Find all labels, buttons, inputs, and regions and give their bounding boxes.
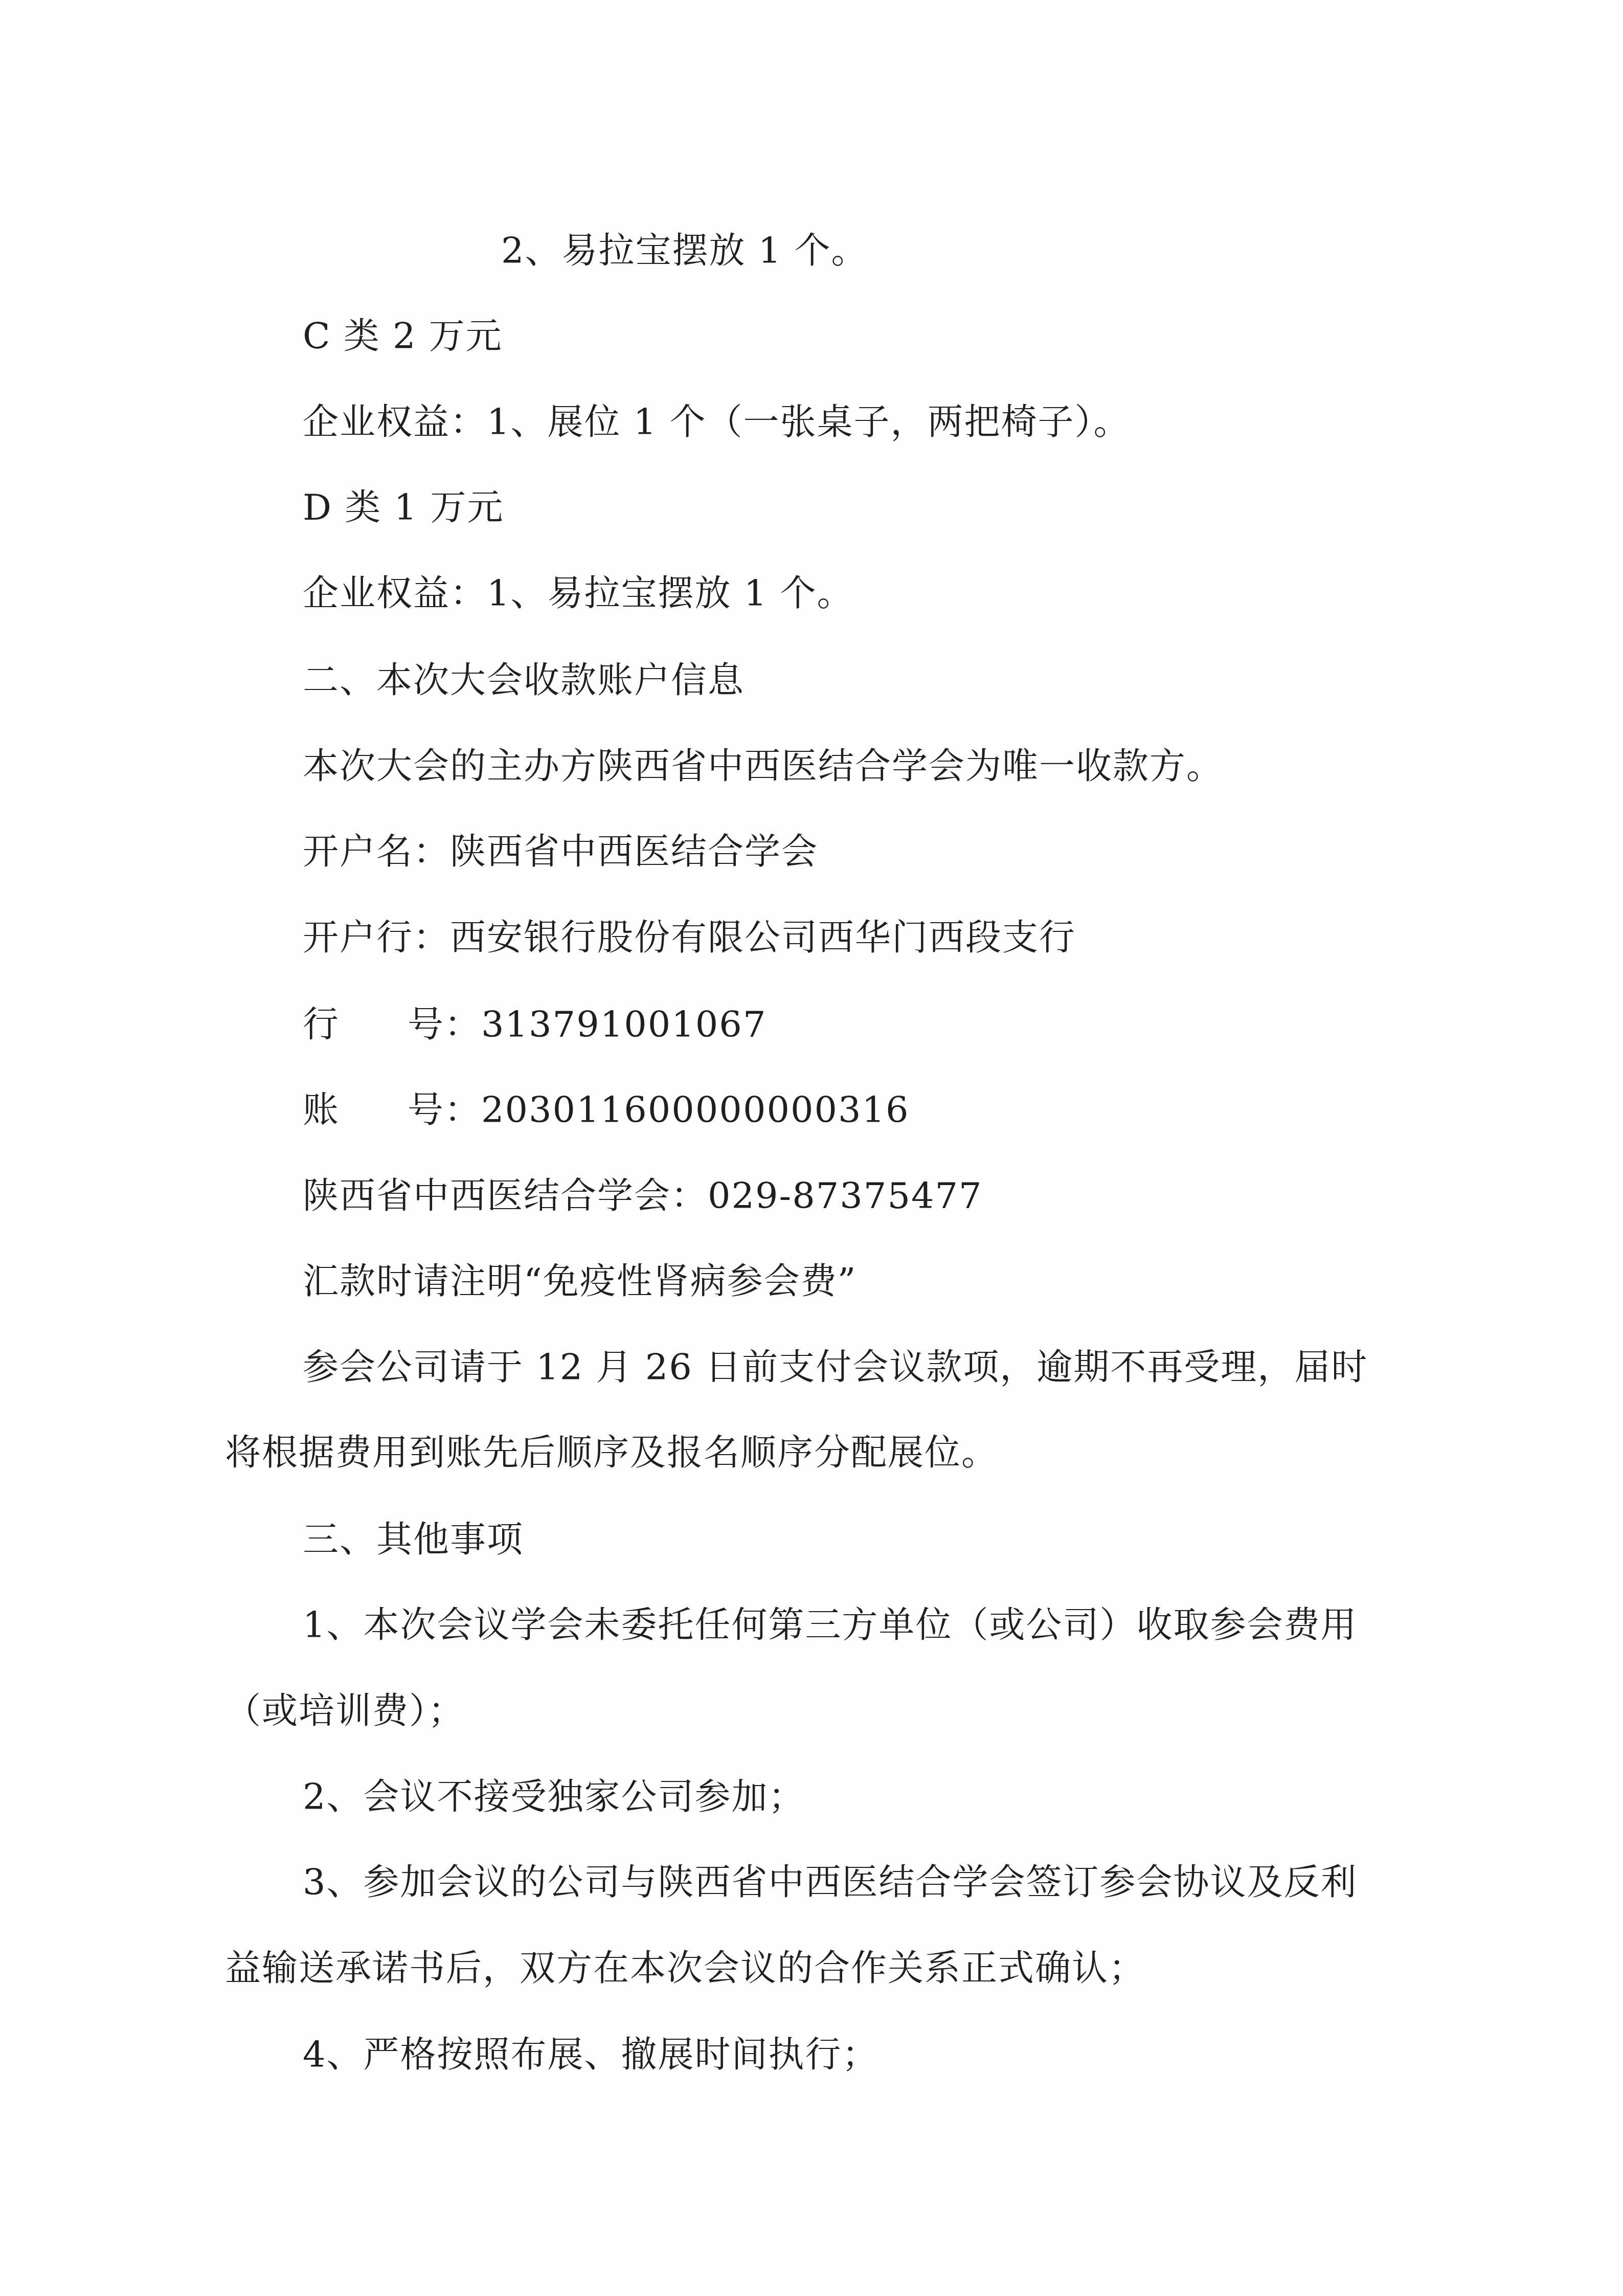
- account-name: 开户名：陕西省中西医结合学会: [303, 829, 818, 875]
- bank-code-label: 行: [303, 1001, 408, 1047]
- sole-payee-text: 本次大会的主办方陕西省中西医结合学会为唯一收款方。: [303, 743, 1223, 789]
- section-2-heading: 二、本次大会收款账户信息: [303, 657, 745, 703]
- account-number-label-suffix: 号：: [408, 1089, 481, 1131]
- other-item-3-line-2: 益输送承诺书后，双方在本次会议的合作关系正式确认；: [225, 1945, 1145, 1991]
- bank-name: 开户行：西安银行股份有限公司西华门西段支行: [303, 915, 1076, 961]
- section-3-heading: 三、其他事项: [303, 1517, 524, 1563]
- d-tier-heading: D 类 1 万元: [303, 484, 504, 530]
- other-item-1-line-2: （或培训费）；: [225, 1688, 465, 1734]
- other-item-2: 2、会议不接受独家公司参加；: [303, 1774, 805, 1820]
- other-item-1-line-1: 1、本次会议学会未委托任何第三方单位（或公司）收取参会费用: [303, 1602, 1358, 1648]
- remittance-note: 汇款时请注明“免疫性肾病参会费”: [303, 1258, 857, 1304]
- bank-code-label-suffix: 号：: [408, 1004, 481, 1045]
- bank-code: 行号：313791001067: [303, 1001, 767, 1047]
- account-number-value: 203011600000000316: [481, 1089, 910, 1131]
- b-benefit-2: 2、易拉宝摆放 1 个。: [501, 228, 868, 274]
- account-number: 账号：203011600000000316: [303, 1087, 910, 1133]
- c-tier-benefit: 企业权益：1、展位 1 个（一张桌子，两把椅子）。: [303, 399, 1131, 445]
- d-tier-benefit: 企业权益：1、易拉宝摆放 1 个。: [303, 570, 854, 616]
- c-tier-heading: C 类 2 万元: [303, 313, 503, 359]
- other-item-4: 4、严格按照布展、撤展时间执行；: [303, 2032, 879, 2078]
- payment-deadline-line-1: 参会公司请于 12 月 26 日前支付会议款项，逾期不再受理，届时: [303, 1344, 1368, 1390]
- account-number-label: 账: [303, 1087, 408, 1133]
- other-item-3-line-1: 3、参加会议的公司与陕西省中西医结合学会签订参会协议及反利: [303, 1859, 1358, 1905]
- contact-phone: 陕西省中西医结合学会：029-87375477: [303, 1173, 983, 1219]
- bank-code-value: 313791001067: [481, 1004, 767, 1045]
- payment-deadline-line-2: 将根据费用到账先后顺序及报名顺序分配展位。: [225, 1430, 998, 1476]
- document-page: 2、易拉宝摆放 1 个。 C 类 2 万元 企业权益：1、展位 1 个（一张桌子…: [0, 0, 1623, 2296]
